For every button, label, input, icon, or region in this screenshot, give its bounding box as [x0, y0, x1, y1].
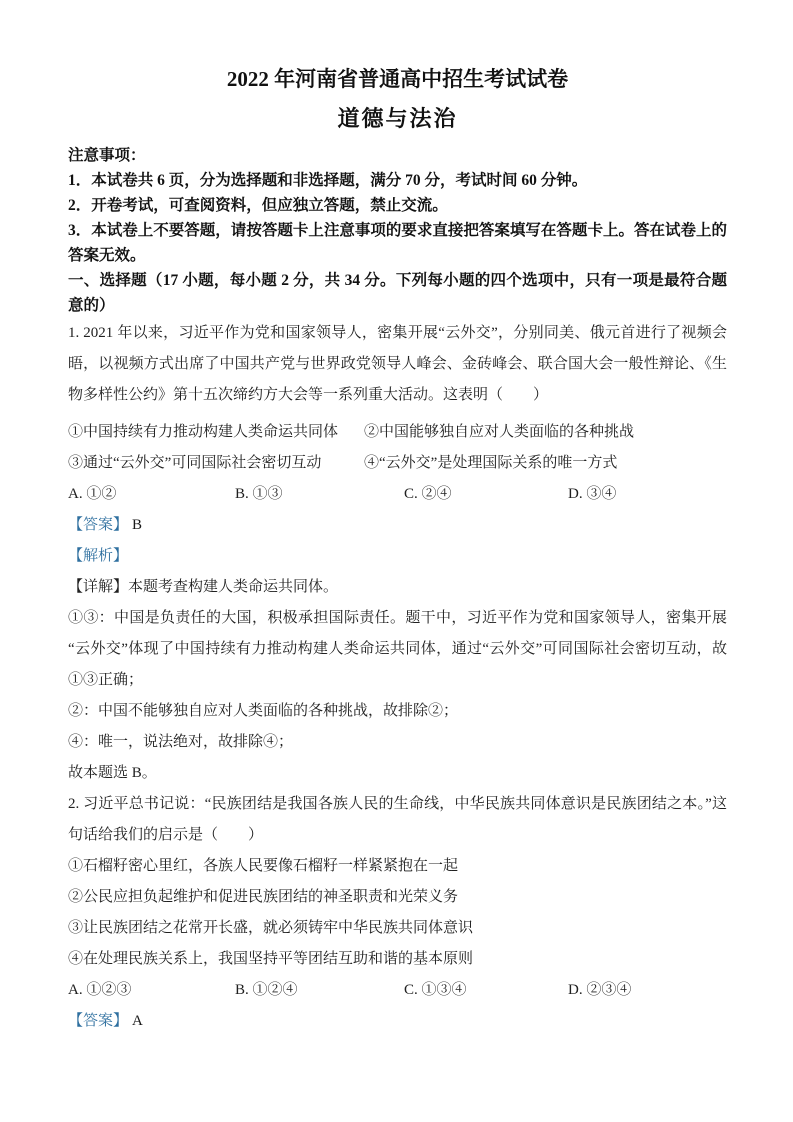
- question-1-stem: 1. 2021 年以来，习近平作为党和国家领导人，密集开展“云外交”，分别同美、…: [68, 318, 727, 411]
- question-2-option-3: ③让民族团结之花常开长盛，就必须铸牢中华民族共同体意识: [68, 913, 727, 944]
- question-1-option-row-2: ③通过“云外交”可同国际社会密切互动 ④“云外交”是处理国际关系的唯一方式: [68, 448, 727, 479]
- notice-section: 注意事项： 1．本试卷共 6 页，分为选择题和非选择题，满分 70 分，考试时间…: [68, 143, 727, 318]
- question-2-answer-value: A: [128, 1013, 143, 1029]
- question-1-explanation-1: ①③：中国是负责任的大国，积极承担国际责任。题干中，习近平作为党和国家领导人，密…: [68, 603, 727, 696]
- answer-label: 【答案】: [68, 1013, 128, 1029]
- question-2-choice-c: C. ①③④: [404, 975, 568, 1006]
- question-1-option-2: ②中国能够独自应对人类面临的各种挑战: [364, 417, 727, 448]
- question-1-analysis-line: 【解析】: [68, 541, 727, 572]
- question-2-answer-line: 【答案】A: [68, 1006, 727, 1037]
- question-1-answer-value: B: [128, 517, 142, 533]
- doc-title: 2022 年河南省普通高中招生考试试卷: [68, 64, 727, 94]
- question-2-choices-row: A. ①②③ B. ①②④ C. ①③④ D. ②③④: [68, 975, 727, 1006]
- question-2-option-1: ①石榴籽密心里红，各族人民要像石榴籽一样紧紧抱在一起: [68, 851, 727, 882]
- question-1-block: 1. 2021 年以来，习近平作为党和国家领导人，密集开展“云外交”，分别同美、…: [68, 318, 727, 789]
- question-2-option-2: ②公民应担负起维护和促进民族团结的神圣职责和光荣义务: [68, 882, 727, 913]
- question-1-option-row-1: ①中国持续有力推动构建人类命运共同体 ②中国能够独自应对人类面临的各种挑战: [68, 417, 727, 448]
- question-1-explanation-3: ④：唯一，说法绝对，故排除④；: [68, 727, 727, 758]
- question-1-conclusion: 故本题选 B。: [68, 758, 727, 789]
- question-1-option-4: ④“云外交”是处理国际关系的唯一方式: [364, 448, 727, 479]
- exam-document-page: 2022 年河南省普通高中招生考试试卷 道德与法治 注意事项： 1．本试卷共 6…: [0, 0, 793, 1122]
- answer-label: 【答案】: [68, 517, 128, 533]
- detail-label: 【详解】: [68, 579, 128, 595]
- question-1-answer-line: 【答案】B: [68, 510, 727, 541]
- question-2-choice-b: B. ①②④: [235, 975, 404, 1006]
- section-heading-choice-questions: 一、选择题（17 小题，每小题 2 分，共 34 分。下列每小题的四个选项中，只…: [68, 268, 727, 318]
- question-1-choice-a: A. ①②: [68, 479, 235, 510]
- question-2-choice-a: A. ①②③: [68, 975, 235, 1006]
- question-1-option-3: ③通过“云外交”可同国际社会密切互动: [68, 448, 364, 479]
- question-2-choice-d: D. ②③④: [568, 975, 727, 1006]
- question-1-choice-b: B. ①③: [235, 479, 404, 510]
- question-1-choice-d: D. ③④: [568, 479, 727, 510]
- question-1-choice-c: C. ②④: [404, 479, 568, 510]
- notice-item-3: 3．本试卷上不要答题，请按答题卡上注意事项的要求直接把答案填写在答题卡上。答在试…: [68, 218, 727, 268]
- doc-subject-title: 道德与法治: [68, 104, 727, 134]
- notice-heading: 注意事项：: [68, 143, 727, 168]
- question-1-detail-line: 【详解】本题考查构建人类命运共同体。: [68, 572, 727, 603]
- notice-item-1: 1．本试卷共 6 页，分为选择题和非选择题，满分 70 分，考试时间 60 分钟…: [68, 168, 727, 193]
- question-2-stem: 2. 习近平总书记说：“民族团结是我国各族人民的生命线，中华民族共同体意识是民族…: [68, 789, 727, 851]
- question-1-detail-intro: 本题考查构建人类命运共同体。: [128, 579, 338, 595]
- question-1-explanation-2: ②：中国不能够独自应对人类面临的各种挑战，故排除②；: [68, 696, 727, 727]
- question-1-option-1: ①中国持续有力推动构建人类命运共同体: [68, 417, 364, 448]
- notice-item-2: 2．开卷考试，可查阅资料，但应独立答题，禁止交流。: [68, 193, 727, 218]
- analysis-label: 【解析】: [68, 548, 128, 564]
- question-2-option-4: ④在处理民族关系上，我国坚持平等团结互助和谐的基本原则: [68, 944, 727, 975]
- question-1-choices-row: A. ①② B. ①③ C. ②④ D. ③④: [68, 479, 727, 510]
- question-2-block: 2. 习近平总书记说：“民族团结是我国各族人民的生命线，中华民族共同体意识是民族…: [68, 789, 727, 1037]
